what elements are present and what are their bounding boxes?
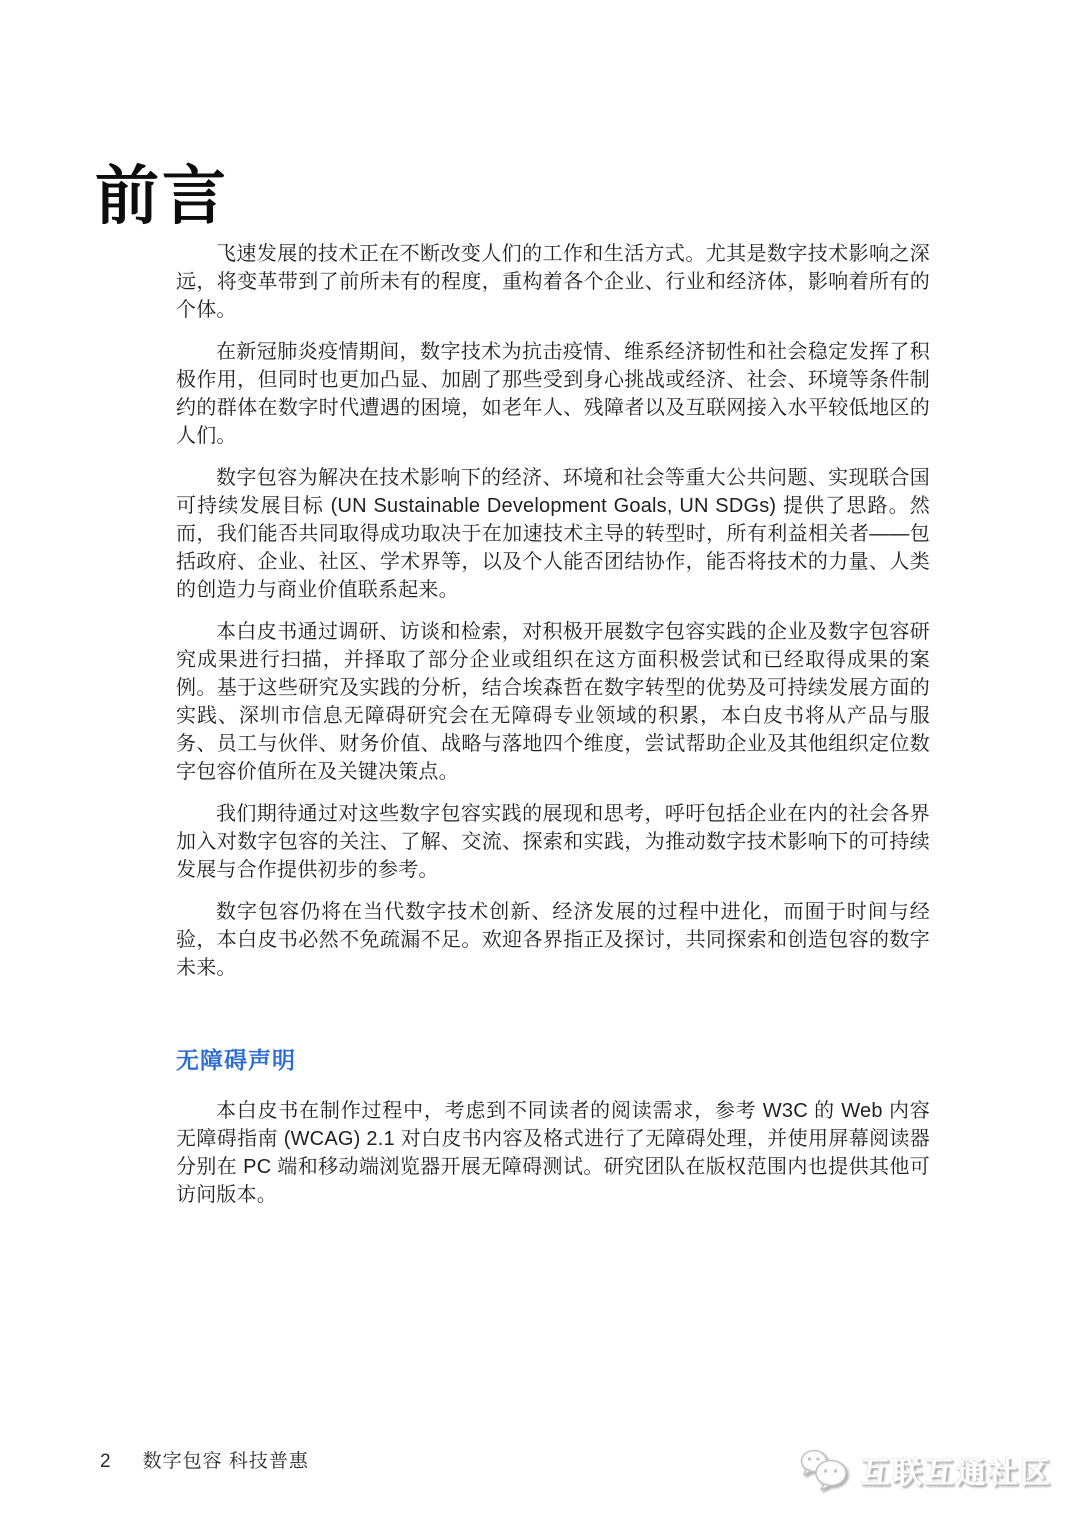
wechat-chat-bubbles-icon — [800, 1448, 850, 1492]
footer-tagline: 数字包容 科技普惠 — [143, 1446, 309, 1473]
paragraph: 飞速发展的技术正在不断改变人们的工作和生活方式。尤其是数字技术影响之深远，将变革… — [176, 240, 930, 324]
page-title: 前言 — [95, 161, 229, 231]
paragraph: 数字包容为解决在技术影响下的经济、环境和社会等重大公共问题、实现联合国可持续发展… — [176, 464, 930, 604]
paragraph: 在新冠肺炎疫情期间，数字技术为抗击疫情、维系经济韧性和社会稳定发挥了积极作用，但… — [176, 338, 930, 450]
page-number: 2 — [100, 1451, 111, 1473]
paragraph: 我们期待通过对这些数字包容实践的展现和思考，呼吁包括企业在内的社会各界加入对数字… — [176, 800, 930, 884]
body-content: 飞速发展的技术正在不断改变人们的工作和生活方式。尤其是数字技术影响之深远，将变革… — [176, 240, 930, 1223]
watermark-text: 互联互通社区 — [860, 1448, 1052, 1492]
paragraph: 本白皮书通过调研、访谈和检索，对积极开展数字包容实践的企业及数字包容研究成果进行… — [176, 618, 930, 786]
page-footer: 2 数字包容 科技普惠 — [100, 1446, 309, 1473]
community-watermark: 互联互通社区 — [800, 1448, 1052, 1492]
accessibility-statement-paragraph: 本白皮书在制作过程中，考虑到不同读者的阅读需求，参考 W3C 的 Web 内容无… — [176, 1097, 930, 1209]
document-page: 前言 飞速发展的技术正在不断改变人们的工作和生活方式。尤其是数字技术影响之深远，… — [0, 0, 1080, 1526]
accessibility-statement-heading: 无障碍声明 — [176, 1042, 930, 1075]
paragraph: 数字包容仍将在当代数字技术创新、经济发展的过程中进化，而囿于时间与经验，本白皮书… — [176, 898, 930, 982]
